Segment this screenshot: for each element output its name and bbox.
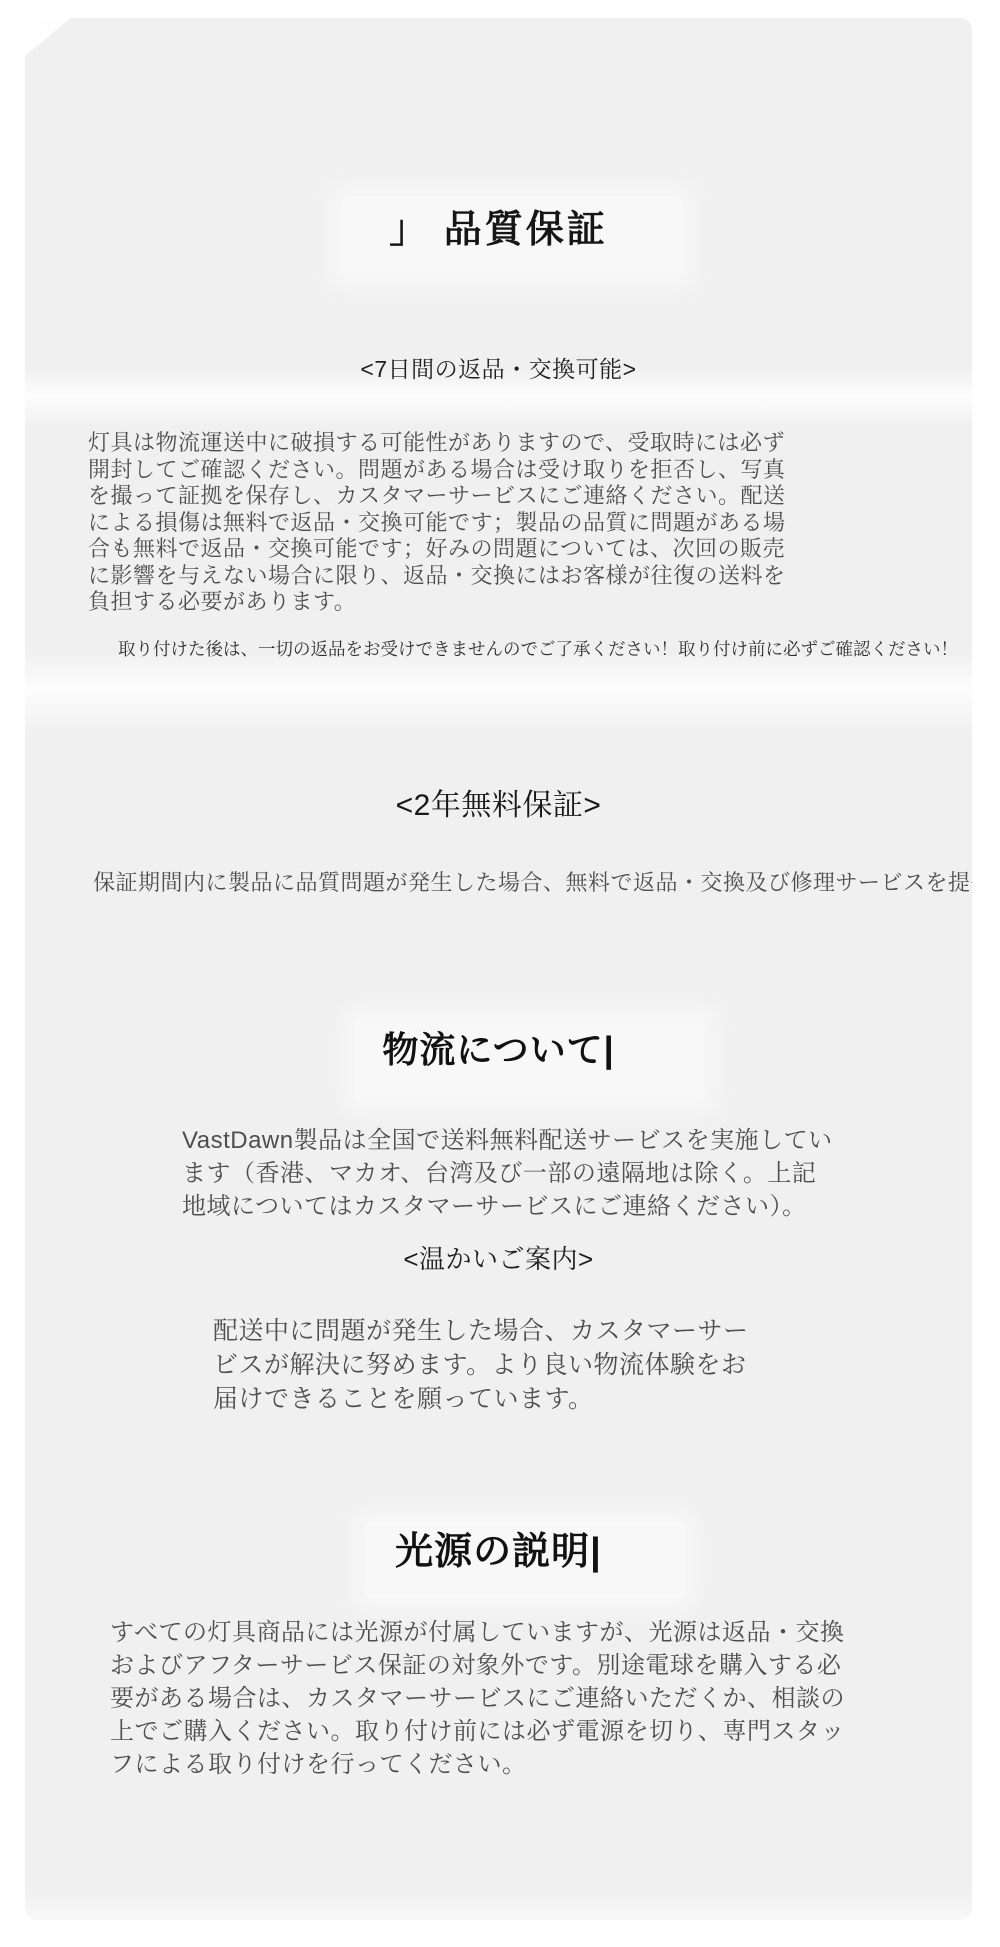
product-detail-page: 」 品質保証 <7日間の返品・交換可能> 灯具は物流運送中に破損する可能性があり… (0, 0, 1000, 1947)
fade-band-bottom (25, 1890, 972, 1920)
logistics-notice-title: <温かいご案内> (25, 1244, 972, 1275)
light-source-section-body: すべての灯具商品には光源が付属していますが、光源は返品・交換およびアフターサービ… (110, 1616, 860, 1781)
warranty-body: 保証期間内に製品に品質問題が発生した場合、無料で返品・交換及び修理サービスを提供… (93, 866, 972, 897)
logistics-notice-body: 配送中に問題が発生した場合、カスタマーサービスが解決に努めます。より良い物流体験… (213, 1314, 763, 1416)
quality-section-note: 取り付けた後は、一切の返品をお受けできませんのでご了承ください！取り付け前に必ず… (118, 636, 958, 661)
quality-section-title: 」 品質保証 (25, 208, 972, 254)
warranty-title: <2年無料保証> (25, 788, 972, 824)
quality-section-body: 灯具は物流運送中に破損する可能性がありますので、受取時には必ず開封してご確認くだ… (88, 430, 793, 616)
light-source-section-title: 光源の説明| (25, 1530, 972, 1576)
corner-notch-decoration (25, 18, 71, 56)
fade-band-middle (25, 650, 972, 734)
logistics-section-body: VastDawn製品は全国で送料無料配送サービスを実施しています（香港、マカオ、… (182, 1124, 837, 1223)
logistics-section-title: 物流について| (25, 1028, 972, 1071)
quality-section-subtitle: <7日間の返品・交換可能> (25, 356, 972, 384)
info-panel: 」 品質保証 <7日間の返品・交換可能> 灯具は物流運送中に破損する可能性があり… (25, 18, 972, 1920)
